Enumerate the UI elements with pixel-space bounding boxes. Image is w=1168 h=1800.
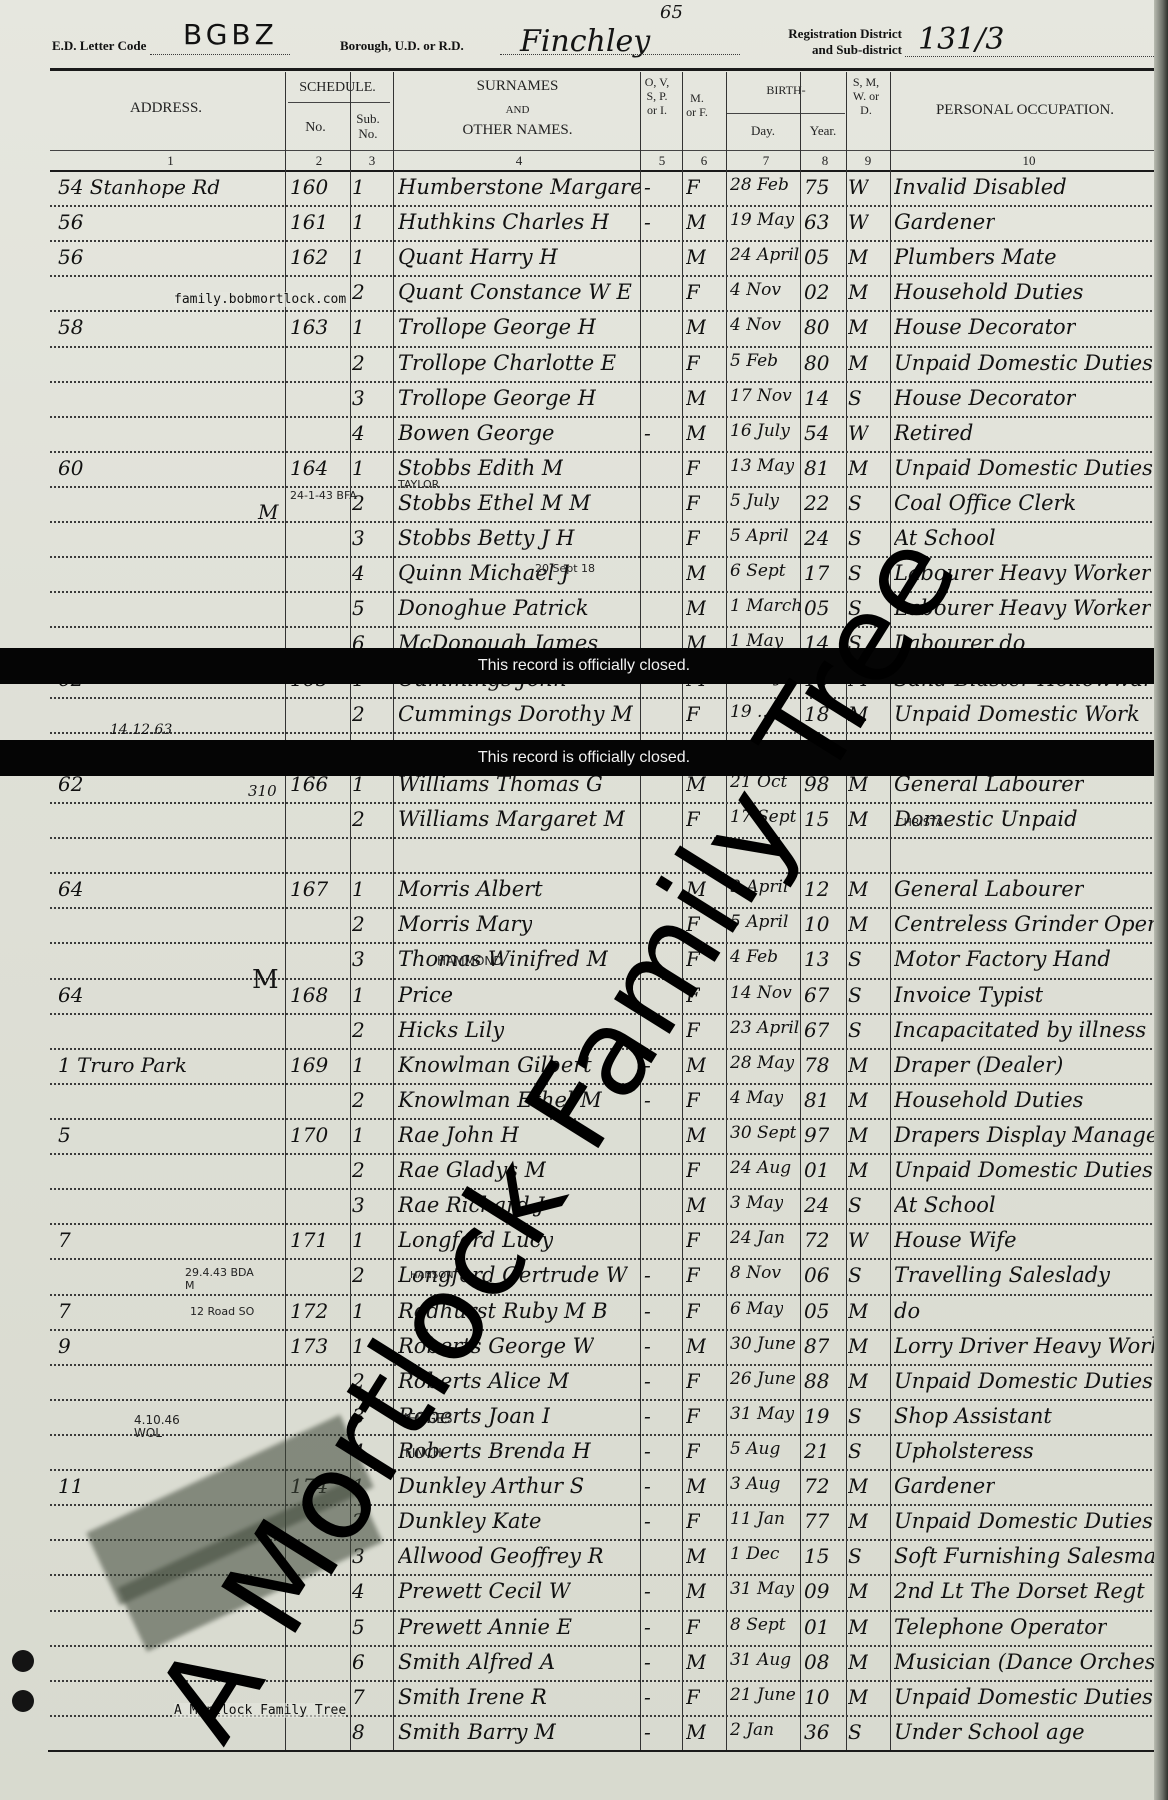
cell-status: S bbox=[848, 1544, 862, 1568]
cell-day: 6 May bbox=[730, 1299, 783, 1319]
cell-occupation: Household Duties bbox=[894, 1088, 1083, 1112]
cell-name: Donoghue Patrick bbox=[398, 596, 589, 620]
cell-year: 10 bbox=[804, 912, 829, 936]
cell-status: W bbox=[848, 210, 869, 234]
cell-year: 80 bbox=[804, 315, 829, 339]
cell-year: 67 bbox=[804, 1018, 829, 1042]
cell-sub: 2 bbox=[352, 1158, 365, 1182]
cell-status: M bbox=[848, 1685, 868, 1709]
cell-year: 78 bbox=[804, 1053, 829, 1077]
cell-occupation: Coal Office Clerk bbox=[894, 491, 1076, 515]
cell-year: 06 bbox=[804, 1263, 829, 1287]
cell-sex: M bbox=[686, 386, 706, 410]
cell-day: 1 March bbox=[730, 596, 802, 616]
cell-day: 21 June bbox=[730, 1685, 796, 1705]
borough-note: 65 bbox=[660, 2, 683, 23]
col-status-header: S, M, W. or D. bbox=[848, 76, 884, 117]
cell-ovs: - bbox=[644, 1474, 651, 1498]
cell-status: S bbox=[848, 947, 862, 971]
cell-day: 28 Feb bbox=[730, 175, 789, 195]
cell-occupation: do bbox=[894, 1299, 920, 1323]
cell-status: M bbox=[848, 912, 868, 936]
cell-name: Allwood Geoffrey R bbox=[398, 1544, 604, 1568]
cell-sex: M bbox=[686, 1193, 706, 1217]
cell-name: Smith Barry M bbox=[398, 1720, 556, 1744]
cell-sub: 7 bbox=[352, 1685, 365, 1709]
cell-status: M bbox=[848, 1088, 868, 1112]
cell-status: M bbox=[848, 315, 868, 339]
cell-sub: 3 bbox=[352, 947, 365, 971]
cell-sex: M bbox=[686, 1544, 706, 1568]
cell-sex: F bbox=[686, 456, 700, 480]
cell-day: 28 May bbox=[730, 1053, 794, 1073]
cell-name: Prewett Annie E bbox=[398, 1615, 572, 1639]
cell-occupation: Unpaid Domestic Duties bbox=[894, 1369, 1153, 1393]
annotation-stobbs-note: 24-1-43 BFA bbox=[290, 490, 350, 502]
cell-occupation: Unpaid Domestic Duties bbox=[894, 456, 1153, 480]
cell-sub: 2 bbox=[352, 1263, 365, 1287]
cell-sub: 1 bbox=[352, 245, 365, 269]
cell-day: 19 May bbox=[730, 210, 794, 230]
cell-ovs: - bbox=[644, 1369, 651, 1393]
cell-year: 15 bbox=[804, 1544, 829, 1568]
cell-year: 01 bbox=[804, 1158, 829, 1182]
cell-day: 31 May bbox=[730, 1404, 794, 1424]
cell-year: 14 bbox=[804, 386, 829, 410]
cell-ovs: - bbox=[644, 1439, 651, 1463]
column-number: 5 bbox=[644, 153, 680, 169]
cell-day: 14 Nov bbox=[730, 983, 792, 1003]
watermark-url: family.bobmortlock.com bbox=[174, 292, 346, 307]
cell-year: 12 bbox=[804, 877, 829, 901]
cell-ovs: - bbox=[644, 1615, 651, 1639]
cell-occupation: Unpaid Domestic Work bbox=[894, 702, 1140, 726]
cell-occupation: Soft Furnishing Salesman bbox=[894, 1544, 1164, 1568]
column-number: 10 bbox=[894, 153, 1164, 169]
cell-no: 160 bbox=[290, 175, 328, 199]
cell-sex: F bbox=[686, 491, 700, 515]
cell-name: Thomas Winifred M bbox=[398, 947, 608, 971]
correction-hammond: HAMMOND bbox=[437, 954, 503, 968]
cell-year: 36 bbox=[804, 1720, 829, 1744]
cell-no: 162 bbox=[290, 245, 328, 269]
cell-name: Trollope George H bbox=[398, 386, 596, 410]
cell-sex: M bbox=[686, 561, 706, 585]
cell-sex: F bbox=[686, 702, 700, 726]
cell-occupation: House Decorator bbox=[894, 315, 1076, 339]
cell-occupation: Under School age bbox=[894, 1720, 1085, 1744]
cell-address: 11 bbox=[58, 1474, 83, 1498]
col-surnames-header-2: AND bbox=[395, 104, 640, 117]
correction-christa: CHRISTA bbox=[896, 816, 943, 829]
cell-name: Trollope George H bbox=[398, 315, 596, 339]
cell-sex: M bbox=[686, 315, 706, 339]
cell-name: Quant Harry H bbox=[398, 245, 558, 269]
cell-sub: 5 bbox=[352, 1615, 365, 1639]
cell-name: Humberstone Margaret bbox=[398, 175, 640, 199]
cell-no: 170 bbox=[290, 1123, 328, 1147]
cell-day: 30 June bbox=[730, 1334, 796, 1354]
cell-name: Hicks Lily bbox=[398, 1018, 504, 1042]
cell-year: 97 bbox=[804, 1123, 829, 1147]
cell-year: 19 bbox=[804, 1404, 829, 1428]
cell-status: M bbox=[848, 1650, 868, 1674]
cell-sex: F bbox=[686, 175, 700, 199]
cell-status: S bbox=[848, 1439, 862, 1463]
col-schedule-header: SCHEDULE. bbox=[285, 80, 390, 96]
cell-status: M bbox=[848, 1334, 868, 1358]
cell-sub: 2 bbox=[352, 351, 365, 375]
cell-status: M bbox=[848, 1509, 868, 1533]
cell-status: S bbox=[848, 983, 862, 1007]
col-occupation-header: PERSONAL OCCUPATION. bbox=[890, 102, 1160, 119]
cell-sub: 1 bbox=[352, 1053, 365, 1077]
cell-occupation: Centreless Grinder Operator bbox=[894, 912, 1164, 936]
cell-status: M bbox=[848, 1299, 868, 1323]
correction-taylor: TAYLOR bbox=[398, 478, 439, 491]
cell-sex: F bbox=[686, 1404, 700, 1428]
cell-occupation: Retired bbox=[894, 421, 973, 445]
cell-day: 23 April bbox=[730, 1018, 799, 1038]
cell-year: 81 bbox=[804, 456, 829, 480]
column-number: 3 bbox=[352, 153, 392, 169]
cell-status: W bbox=[848, 1228, 869, 1252]
ed-letter-code-label: E.D. Letter Code bbox=[52, 38, 146, 54]
cell-year: 67 bbox=[804, 983, 829, 1007]
cell-year: 54 bbox=[804, 421, 829, 445]
cell-sex: F bbox=[686, 1369, 700, 1393]
cell-no: 172 bbox=[290, 1299, 328, 1323]
cell-sub: 1 bbox=[352, 983, 365, 1007]
cell-status: M bbox=[848, 1474, 868, 1498]
cell-year: 72 bbox=[804, 1474, 829, 1498]
cell-name: Huthkins Charles H bbox=[398, 210, 609, 234]
cell-address: 64 bbox=[58, 877, 83, 901]
cell-year: 77 bbox=[804, 1509, 829, 1533]
cell-sex: F bbox=[686, 1615, 700, 1639]
cell-day: 3 May bbox=[730, 1193, 783, 1213]
cell-day: 8 Sept bbox=[730, 1615, 786, 1635]
cell-sub: 2 bbox=[352, 702, 365, 726]
cell-occupation: General Labourer bbox=[894, 877, 1084, 901]
cell-day: 16 July bbox=[730, 421, 790, 441]
col-year-header: Year. bbox=[802, 124, 844, 139]
cell-sex: M bbox=[686, 421, 706, 445]
cell-status: M bbox=[848, 280, 868, 304]
cell-sex: F bbox=[686, 526, 700, 550]
cell-address: 56 bbox=[58, 210, 83, 234]
cell-sex: F bbox=[686, 1263, 700, 1287]
cell-day: 30 Sept bbox=[730, 1123, 796, 1143]
cell-day: 5 Aug bbox=[730, 1439, 780, 1459]
cell-sex: M bbox=[686, 1650, 706, 1674]
cell-occupation: Unpaid Domestic Duties bbox=[894, 1509, 1153, 1533]
cell-sex: F bbox=[686, 1228, 700, 1252]
cell-occupation: Travelling Saleslady bbox=[894, 1263, 1110, 1287]
cell-day: 24 Aug bbox=[730, 1158, 791, 1178]
cell-sex: M bbox=[686, 1474, 706, 1498]
cell-day: 3 Aug bbox=[730, 1474, 780, 1494]
col-subno-header: Sub. No. bbox=[348, 112, 388, 142]
cell-name: Quant Constance W E bbox=[398, 280, 632, 304]
cell-occupation: Draper (Dealer) bbox=[894, 1053, 1063, 1077]
cell-sex: M bbox=[686, 1123, 706, 1147]
cell-name: Dunkley Kate bbox=[398, 1509, 541, 1533]
register-page: E.D. Letter Code BGBZ Borough, U.D. or R… bbox=[0, 0, 1160, 1800]
cell-sub: 1 bbox=[352, 315, 365, 339]
cell-no: 163 bbox=[290, 315, 328, 339]
cell-occupation: House Decorator bbox=[894, 386, 1076, 410]
cell-occupation: Invalid Disabled bbox=[894, 175, 1067, 199]
cell-sub: 2 bbox=[352, 1088, 365, 1112]
cell-year: 22 bbox=[804, 491, 829, 515]
quinn-note: 20 Sept 18 bbox=[535, 562, 595, 575]
cell-day: 11 Jan bbox=[730, 1509, 785, 1529]
cell-day: 5 April bbox=[730, 526, 788, 546]
cell-no: 164 bbox=[290, 456, 328, 480]
cell-sub: 2 bbox=[352, 1018, 365, 1042]
cell-day: 31 Aug bbox=[730, 1650, 791, 1670]
column-number: 6 bbox=[686, 153, 722, 169]
cell-address: 54 Stanhope Rd bbox=[58, 175, 220, 199]
cell-day: 4 Nov bbox=[730, 280, 781, 300]
cell-sex: F bbox=[686, 280, 700, 304]
cell-occupation: Invoice Typist bbox=[894, 983, 1043, 1007]
cell-sub: 3 bbox=[352, 386, 365, 410]
cell-occupation: Plumbers Mate bbox=[894, 245, 1057, 269]
cell-ovs: - bbox=[644, 1579, 651, 1603]
cell-day: 26 June bbox=[730, 1369, 796, 1389]
cell-name: Price bbox=[398, 983, 453, 1007]
column-number: 8 bbox=[804, 153, 846, 169]
cell-day: 2 Jan bbox=[730, 1720, 774, 1740]
cell-sex: M bbox=[686, 1334, 706, 1358]
cell-no: 168 bbox=[290, 983, 328, 1007]
cell-sub: 1 bbox=[352, 1123, 365, 1147]
cell-day: 31 May bbox=[730, 1579, 794, 1599]
cell-no: 171 bbox=[290, 1228, 328, 1252]
cell-year: 80 bbox=[804, 351, 829, 375]
longford-note: 29.4.43 BDA M bbox=[185, 1266, 255, 1292]
column-divider bbox=[800, 72, 801, 1752]
cell-year: 24 bbox=[804, 526, 829, 550]
cell-occupation: Gardener bbox=[894, 1474, 995, 1498]
cell-sub: 3 bbox=[352, 1193, 365, 1217]
cell-sex: M bbox=[686, 245, 706, 269]
cell-sub: 2 bbox=[352, 280, 365, 304]
annotation-flag: M bbox=[258, 500, 278, 524]
cell-day: 13 May bbox=[730, 456, 794, 476]
cell-occupation: Unpaid Domestic Duties bbox=[894, 1158, 1153, 1182]
cell-sex: M bbox=[686, 1720, 706, 1744]
cell-year: 02 bbox=[804, 280, 829, 304]
cell-occupation: Unpaid Domestic Duties bbox=[894, 351, 1153, 375]
cell-status: S bbox=[848, 1720, 862, 1744]
cell-status: W bbox=[848, 175, 869, 199]
cell-occupation: Telephone Operator bbox=[894, 1615, 1107, 1639]
borough-label: Borough, U.D. or R.D. bbox=[340, 38, 464, 54]
cell-status: S bbox=[848, 491, 862, 515]
cell-status: W bbox=[848, 421, 869, 445]
cell-day: 24 April bbox=[730, 245, 799, 265]
cell-sex: F bbox=[686, 1158, 700, 1182]
cell-ovs: - bbox=[644, 210, 651, 234]
cell-day: 4 May bbox=[730, 1088, 783, 1108]
cell-year: 09 bbox=[804, 1579, 829, 1603]
cell-year: 08 bbox=[804, 1650, 829, 1674]
cell-status: M bbox=[848, 351, 868, 375]
column-divider bbox=[890, 72, 891, 1752]
cell-day: 8 Nov bbox=[730, 1263, 781, 1283]
cell-no: 173 bbox=[290, 1334, 328, 1358]
cell-sex: F bbox=[686, 1088, 700, 1112]
cell-sub: 3 bbox=[352, 526, 365, 550]
cell-sub: 8 bbox=[352, 1720, 365, 1744]
cell-ovs: - bbox=[644, 1299, 651, 1323]
cell-sub: 1 bbox=[352, 456, 365, 480]
registration-value: 131/3 bbox=[918, 22, 1004, 57]
cell-status: M bbox=[848, 245, 868, 269]
cell-status: S bbox=[848, 1018, 862, 1042]
cell-status: S bbox=[848, 1404, 862, 1428]
cell-sub: 2 bbox=[352, 912, 365, 936]
cell-status: M bbox=[848, 1615, 868, 1639]
cell-status: M bbox=[848, 877, 868, 901]
cell-ovs: - bbox=[644, 1404, 651, 1428]
cell-day: 5 Feb bbox=[730, 351, 778, 371]
cell-name: Morris Albert bbox=[398, 877, 543, 901]
cell-occupation: Lorry Driver Heavy Worker bbox=[894, 1334, 1164, 1358]
cell-sex: M bbox=[686, 210, 706, 234]
cell-status: S bbox=[848, 1263, 862, 1287]
column-divider bbox=[846, 72, 847, 1752]
cell-ovs: - bbox=[644, 1720, 651, 1744]
redaction-bar-1: This record is officially closed. bbox=[0, 648, 1168, 684]
cell-name: Bowen George bbox=[398, 421, 554, 445]
cell-occupation: At School bbox=[894, 1193, 996, 1217]
cell-ovs: - bbox=[644, 1685, 651, 1709]
registration-label-1: Registration District bbox=[756, 26, 902, 42]
cell-address: 9 bbox=[58, 1334, 71, 1358]
cell-occupation: Incapacitated by illness bbox=[894, 1018, 1146, 1042]
cell-ovs: - bbox=[644, 1263, 651, 1287]
cell-year: 63 bbox=[804, 210, 829, 234]
cell-sub: 6 bbox=[352, 1650, 365, 1674]
cell-year: 87 bbox=[804, 1334, 829, 1358]
cell-occupation: Motor Factory Hand bbox=[894, 947, 1111, 971]
col-sex-header: M. or F. bbox=[684, 92, 710, 120]
cell-address: 7 bbox=[58, 1299, 71, 1323]
cell-year: 88 bbox=[804, 1369, 829, 1393]
cell-status: M bbox=[848, 1158, 868, 1182]
cell-no: 167 bbox=[290, 877, 328, 901]
column-number: 2 bbox=[290, 153, 348, 169]
cell-status: M bbox=[848, 456, 868, 480]
cell-ovs: - bbox=[644, 1334, 651, 1358]
cell-occupation: Shop Assistant bbox=[894, 1404, 1052, 1428]
cell-status: M bbox=[848, 1369, 868, 1393]
col-day-header: Day. bbox=[727, 124, 799, 139]
cell-sex: F bbox=[686, 1685, 700, 1709]
cell-no: 169 bbox=[290, 1053, 328, 1077]
cell-address: 60 bbox=[58, 456, 83, 480]
col-surnames-header-1: SURNAMES bbox=[395, 78, 640, 95]
cell-name: Stobbs Ethel M M bbox=[398, 491, 591, 515]
cell-no: 161 bbox=[290, 210, 328, 234]
redaction-bar-2: This record is officially closed. bbox=[0, 740, 1168, 776]
cell-status: M bbox=[848, 1053, 868, 1077]
cell-sex: M bbox=[686, 596, 706, 620]
col-surnames-header-3: OTHER NAMES. bbox=[395, 122, 640, 139]
cell-sub: 2 bbox=[352, 807, 365, 831]
cell-ovs: - bbox=[644, 1509, 651, 1533]
column-number: 7 bbox=[730, 153, 802, 169]
cell-name: Cummings Dorothy M bbox=[398, 702, 633, 726]
cell-day: 17 Nov bbox=[730, 386, 792, 406]
cell-year: 13 bbox=[804, 947, 829, 971]
cell-year: 01 bbox=[804, 1615, 829, 1639]
cell-occupation: Unpaid Domestic Duties bbox=[894, 1685, 1153, 1709]
cell-name: Morris Mary bbox=[398, 912, 532, 936]
page-edge bbox=[1154, 0, 1168, 1800]
cell-ovs: - bbox=[644, 421, 651, 445]
col-no-header: No. bbox=[288, 120, 343, 136]
cell-address: 64 bbox=[58, 983, 83, 1007]
cell-year: 05 bbox=[804, 1299, 829, 1323]
cell-ovs: - bbox=[644, 175, 651, 199]
annotation-m: M bbox=[252, 965, 279, 995]
cell-ovs: - bbox=[644, 1650, 651, 1674]
cell-day: 5 July bbox=[730, 491, 779, 511]
cell-year: 21 bbox=[804, 1439, 829, 1463]
annotation-310: 310 bbox=[248, 782, 277, 800]
col-address-header: ADDRESS. bbox=[50, 100, 282, 117]
cell-sub: 4 bbox=[352, 421, 365, 445]
cell-occupation: House Wife bbox=[894, 1228, 1017, 1252]
cell-name: Prewett Cecil W bbox=[398, 1579, 571, 1603]
cell-name: Smith Alfred A bbox=[398, 1650, 555, 1674]
cell-sub: 1 bbox=[352, 1228, 365, 1252]
cell-year: 05 bbox=[804, 245, 829, 269]
cell-year: 81 bbox=[804, 1088, 829, 1112]
cell-day: 4 Nov bbox=[730, 315, 781, 335]
cell-status: M bbox=[848, 1579, 868, 1603]
cell-sex: F bbox=[686, 1299, 700, 1323]
cell-sex: F bbox=[686, 1509, 700, 1533]
registration-label-2: and Sub-district bbox=[756, 42, 902, 58]
cell-name: Stobbs Betty J H bbox=[398, 526, 575, 550]
cell-occupation: Upholsteress bbox=[894, 1439, 1034, 1463]
cell-name: Trollope Charlotte E bbox=[398, 351, 616, 375]
cell-year: 75 bbox=[804, 175, 829, 199]
cell-address: 1 Truro Park bbox=[58, 1053, 187, 1077]
cell-occupation: Drapers Display Manager bbox=[894, 1123, 1164, 1147]
column-number: 1 bbox=[58, 153, 283, 169]
column-number: 9 bbox=[848, 153, 888, 169]
cell-day: 1 Dec bbox=[730, 1544, 779, 1564]
cell-sub: 4 bbox=[352, 561, 365, 585]
cell-day: 24 Jan bbox=[730, 1228, 785, 1248]
redhurst-note: 12 Road SO bbox=[190, 1305, 254, 1318]
cell-year: 10 bbox=[804, 1685, 829, 1709]
cell-address: 7 bbox=[58, 1228, 71, 1252]
cell-status: M bbox=[848, 1123, 868, 1147]
cell-occupation: 2nd Lt The Dorset Regt bbox=[894, 1579, 1145, 1603]
joan-note: 4.10.46 WOL bbox=[134, 1414, 194, 1440]
cell-day: 6 Sept bbox=[730, 561, 786, 581]
cell-sex: M bbox=[686, 1579, 706, 1603]
cell-occupation: Musician (Dance Orchestra) bbox=[894, 1650, 1164, 1674]
